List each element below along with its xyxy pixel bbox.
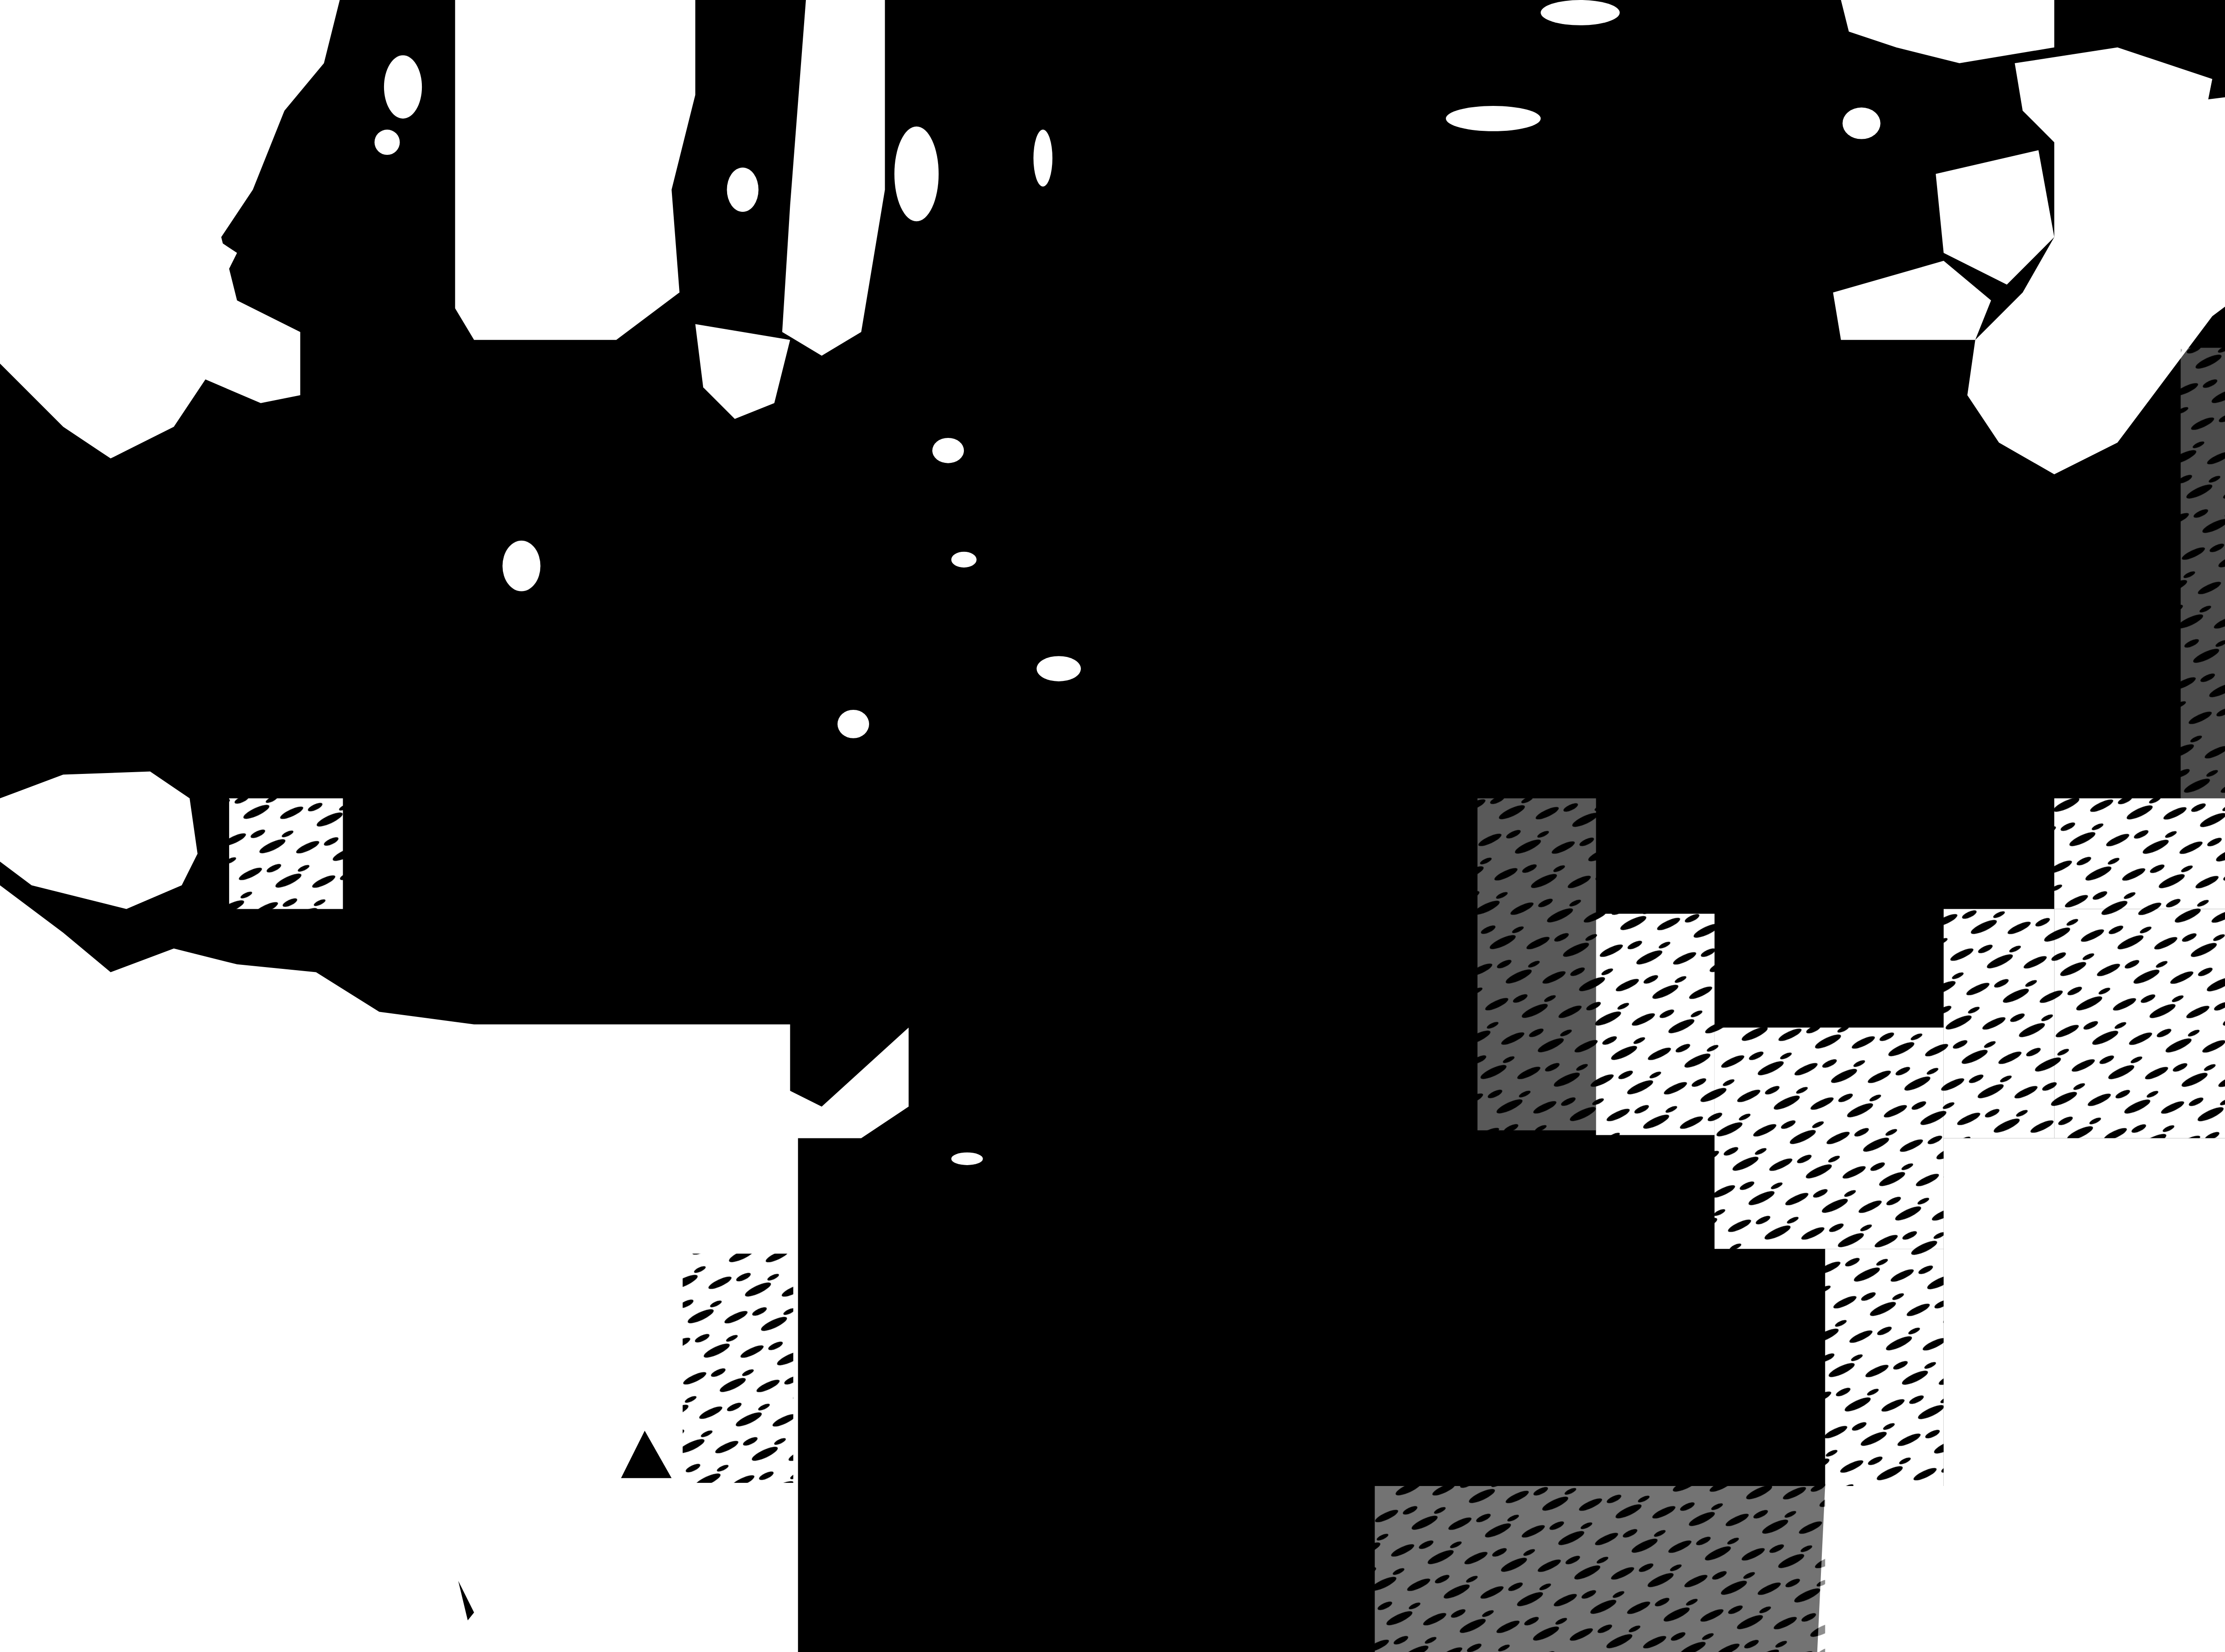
binarized-terrain-image bbox=[0, 0, 2225, 1652]
light-spot bbox=[1541, 0, 1620, 25]
textured-tile bbox=[683, 1254, 793, 1483]
textured-tile bbox=[1375, 1486, 1825, 1652]
light-spot bbox=[375, 130, 400, 155]
light-spot bbox=[1036, 656, 1080, 681]
light-region bbox=[455, 0, 696, 340]
textured-tile bbox=[1477, 798, 1596, 1130]
light-spot bbox=[1033, 130, 1052, 186]
light-spot bbox=[837, 710, 869, 738]
light-spot bbox=[951, 1153, 983, 1165]
textured-tile bbox=[2054, 798, 2225, 909]
light-spot bbox=[894, 126, 939, 221]
light-tile bbox=[229, 798, 343, 909]
light-spot bbox=[1842, 108, 1880, 139]
textured-tile bbox=[2054, 909, 2225, 1138]
textured-tile bbox=[1596, 914, 1715, 1135]
light-spot bbox=[1446, 106, 1541, 131]
light-spot bbox=[951, 552, 977, 568]
textured-tile bbox=[1944, 909, 2055, 1138]
light-spot bbox=[932, 438, 964, 463]
textured-tile bbox=[1825, 1249, 1943, 1486]
textured-tile bbox=[2180, 348, 2225, 798]
textured-tile bbox=[1715, 1028, 1944, 1249]
light-spot bbox=[727, 168, 758, 212]
light-spot bbox=[502, 541, 540, 591]
light-spot bbox=[384, 55, 422, 118]
